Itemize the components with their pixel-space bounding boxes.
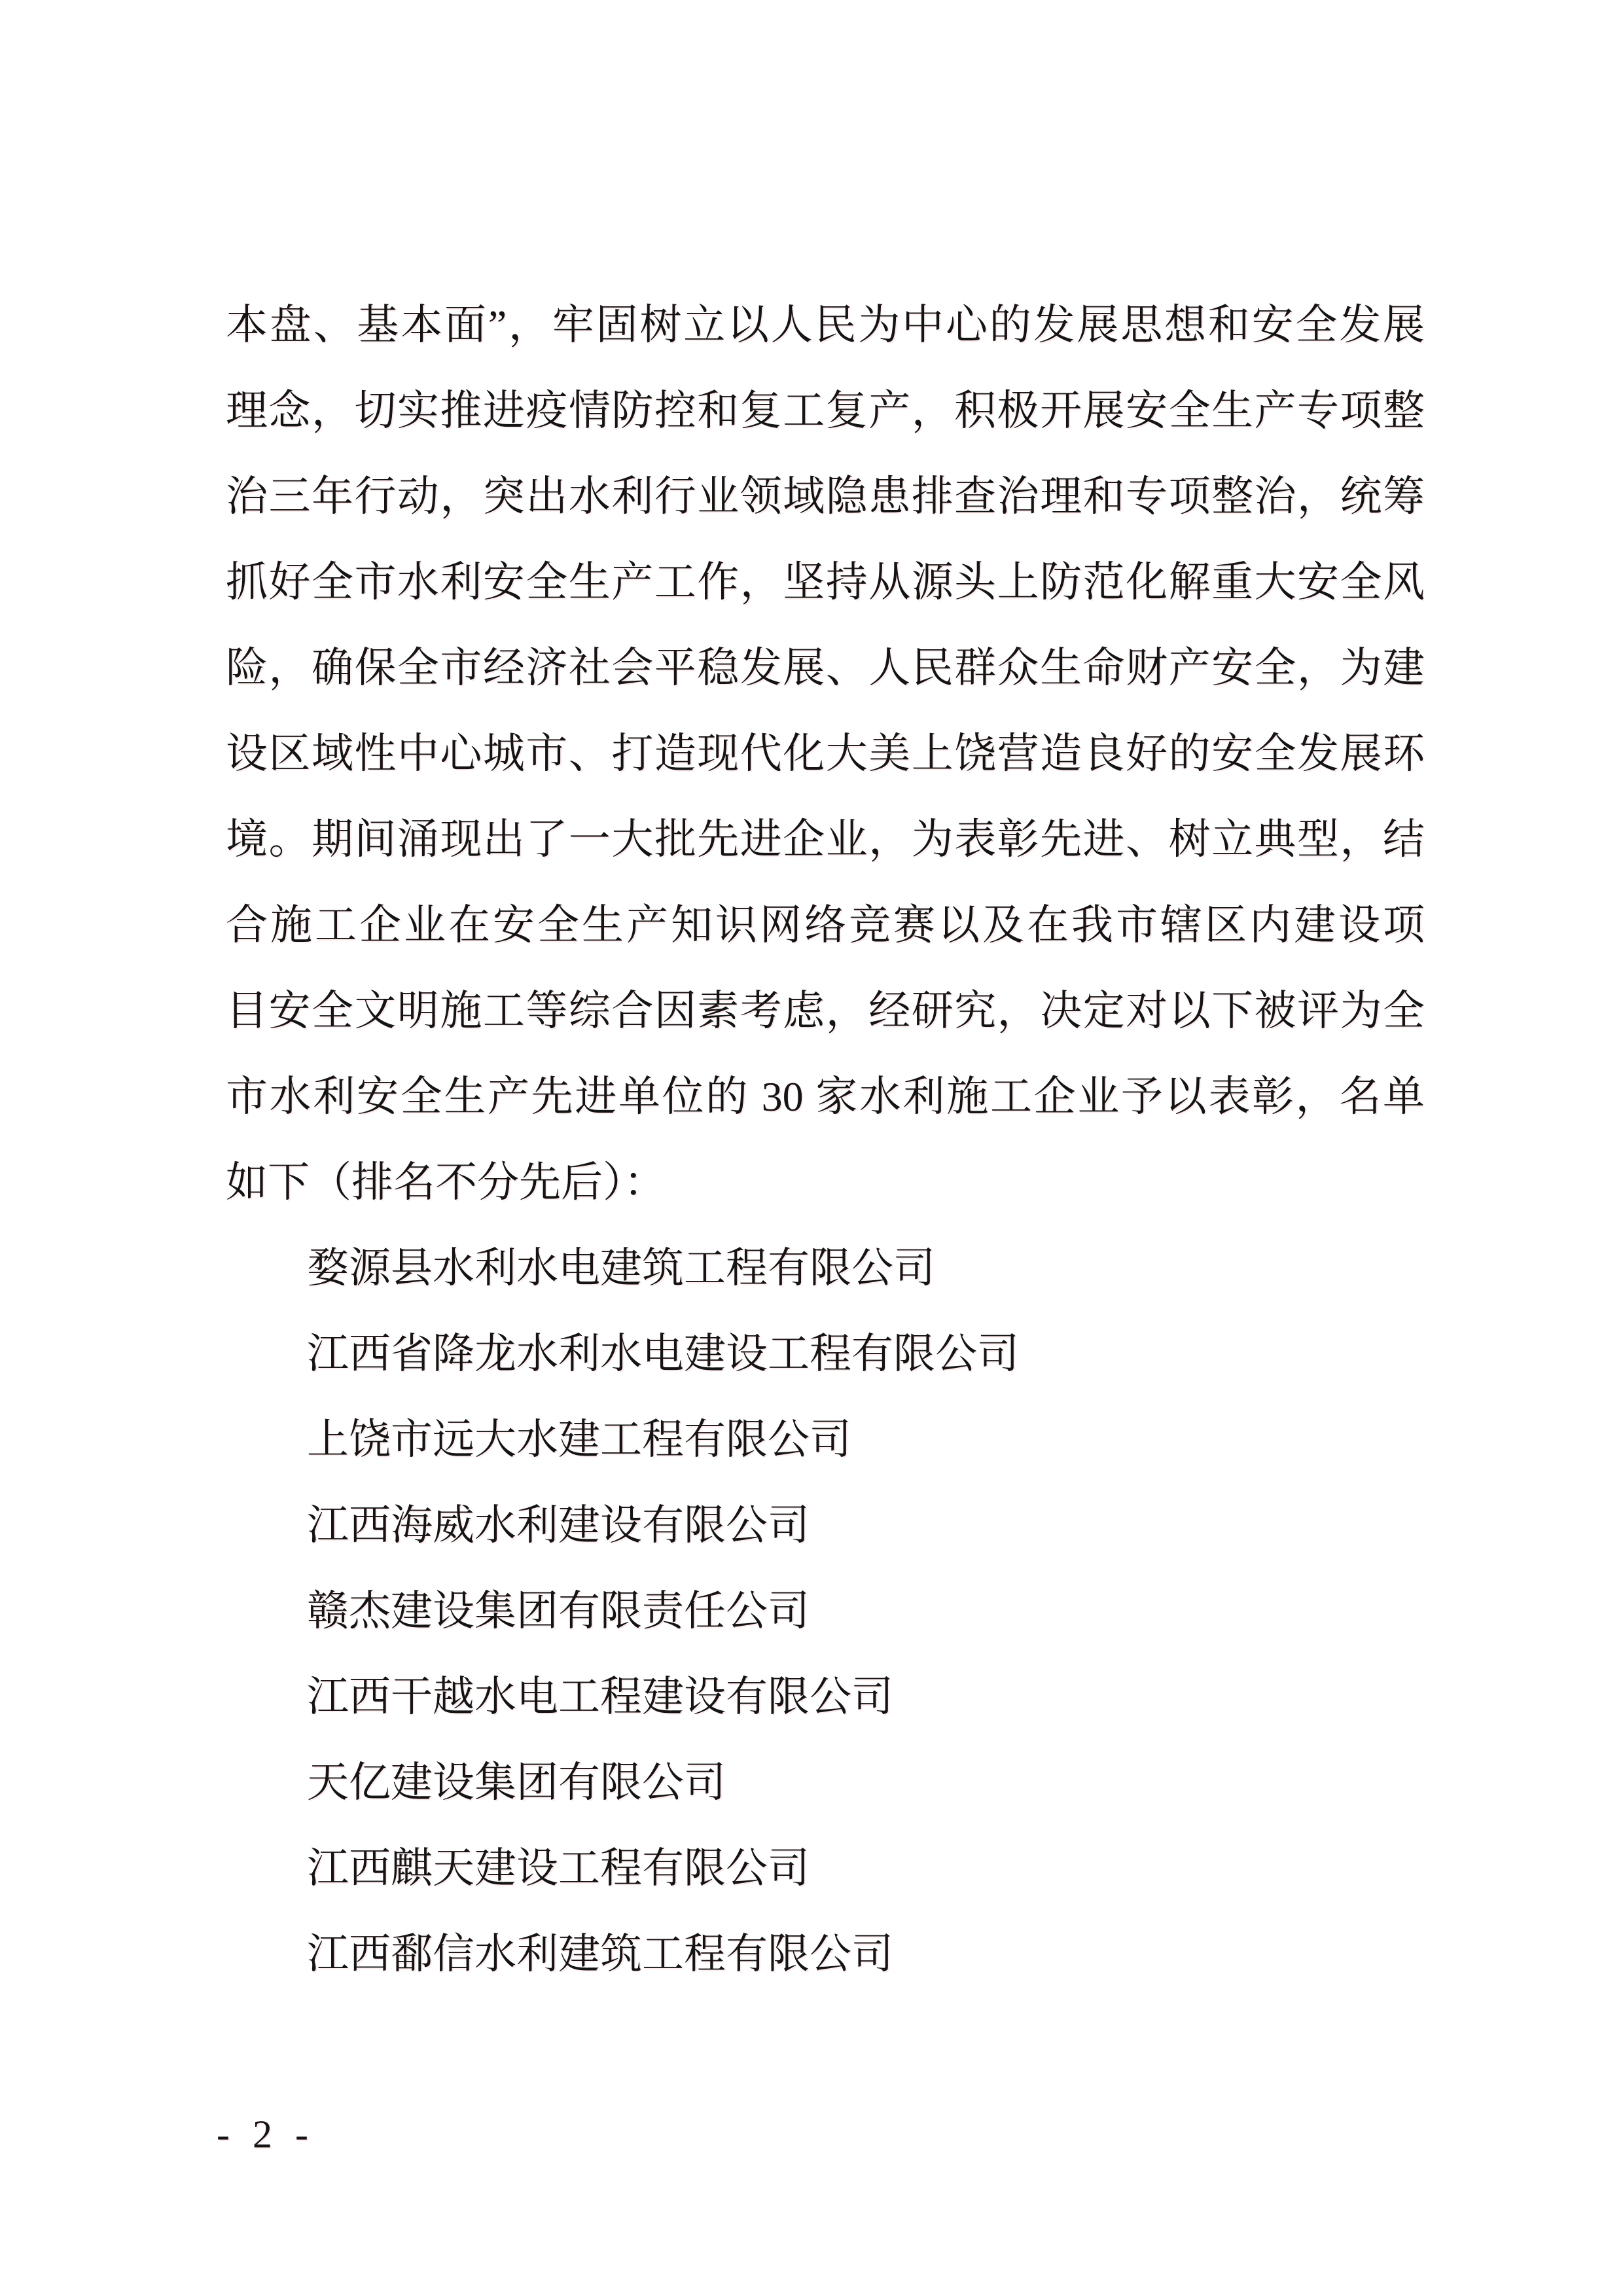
paragraph-line: 险，确保全市经济社会平稳发展、人民群众生命财产安全，为建 <box>226 625 1425 711</box>
company-item: 婺源县水利水电建筑工程有限公司 <box>226 1225 1425 1311</box>
paragraph-line: 目安全文明施工等综合因素考虑，经研究，决定对以下被评为全 <box>226 968 1425 1054</box>
company-item: 天亿建设集团有限公司 <box>226 1740 1425 1825</box>
paragraph-line: 境。期间涌现出了一大批先进企业，为表彰先进、树立典型，结 <box>226 797 1425 882</box>
company-item: 上饶市远大水建工程有限公司 <box>226 1397 1425 1482</box>
paragraph-line: 理念，切实推进疫情防控和复工复产，积极开展安全生产专项整 <box>226 368 1425 454</box>
company-item: 江西海威水利建设有限公司 <box>226 1482 1425 1568</box>
paragraph-line: 如下（排名不分先后）： <box>226 1139 1425 1225</box>
company-item: 江西省降龙水利水电建设工程有限公司 <box>226 1311 1425 1397</box>
company-list: 婺源县水利水电建筑工程有限公司 江西省降龙水利水电建设工程有限公司 上饶市远大水… <box>226 1225 1425 1997</box>
paragraph-line: 市水利安全生产先进单位的 30 家水利施工企业予以表彰，名单 <box>226 1054 1425 1139</box>
company-item: 江西鄱信水利建筑工程有限公司 <box>226 1911 1425 1997</box>
paragraph-line: 设区域性中心城市、打造现代化大美上饶营造良好的安全发展环 <box>226 711 1425 797</box>
company-item: 赣杰建设集团有限责任公司 <box>226 1568 1425 1654</box>
paragraph-line: 治三年行动，突出水利行业领域隐患排查治理和专项整治，统筹 <box>226 454 1425 539</box>
page-number: - 2 - <box>217 2092 310 2178</box>
company-item: 江西干越水电工程建设有限公司 <box>226 1654 1425 1740</box>
paragraph-line: 合施工企业在安全生产知识网络竞赛以及在我市辖区内建设项 <box>226 882 1425 968</box>
paragraph-line: 抓好全市水利安全生产工作，坚持从源头上防范化解重大安全风 <box>226 539 1425 625</box>
paragraph-line: 本盘、基本面”，牢固树立以人民为中心的发展思想和安全发展 <box>226 282 1425 368</box>
paragraph: 本盘、基本面”，牢固树立以人民为中心的发展思想和安全发展 理念，切实推进疫情防控… <box>226 282 1425 1225</box>
document-body: 本盘、基本面”，牢固树立以人民为中心的发展思想和安全发展 理念，切实推进疫情防控… <box>226 282 1425 1997</box>
company-item: 江西麒天建设工程有限公司 <box>226 1825 1425 1911</box>
document-page: 本盘、基本面”，牢固树立以人民为中心的发展思想和安全发展 理念，切实推进疫情防控… <box>0 0 1623 2296</box>
